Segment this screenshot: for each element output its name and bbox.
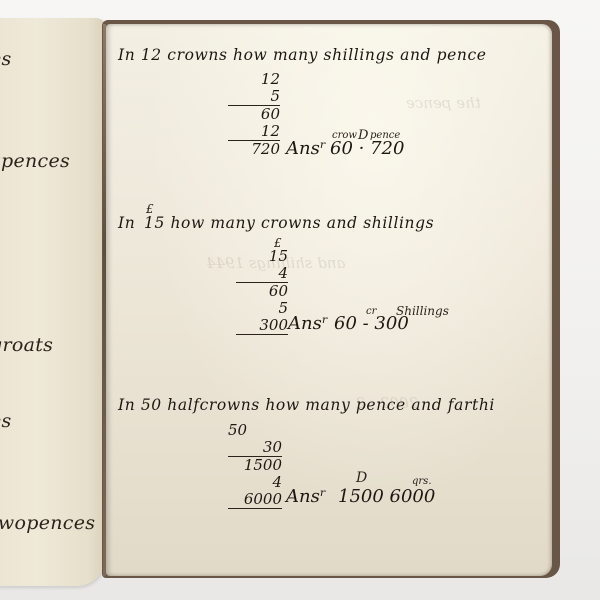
answer-unit: D	[356, 470, 367, 486]
right-page: the pence and shillings 1944 2002 - 2 In…	[106, 24, 552, 576]
left-page-line: es	[0, 410, 12, 432]
left-page-line: es	[0, 48, 12, 70]
working-value: 30	[228, 439, 282, 456]
working-column: 15 4 60 5 300	[236, 248, 288, 335]
working-column: 12 5 60 12 720	[228, 71, 280, 158]
answer-unit: Shillings	[396, 304, 449, 318]
photo-scene: es xpences groats es twopences the pence…	[0, 0, 600, 600]
book-gutter	[103, 24, 106, 576]
working-value: 15	[236, 248, 288, 265]
answer-values: 1500 6000	[338, 486, 435, 507]
answer-unit: qrs.	[412, 476, 432, 487]
working-column: 50 30 1500 4 6000	[228, 422, 282, 509]
answer-label: Ansʳ	[286, 138, 326, 159]
working-product: 1500	[228, 456, 282, 474]
answer-label: Ansʳ	[288, 313, 328, 334]
left-page-line: groats	[0, 334, 53, 356]
working-value: 4	[236, 265, 288, 282]
problem-question: 15 how many crowns and shillings	[144, 214, 434, 232]
working-result: 6000	[228, 491, 282, 509]
answer-unit: pence	[370, 130, 400, 141]
working-result: 300	[236, 317, 288, 335]
problem-question: In 50 halfcrowns how many pence and fart…	[118, 396, 495, 414]
answer-unit: D	[358, 128, 368, 143]
answer-label: Ansʳ	[286, 486, 326, 507]
left-page: es xpences groats es twopences	[0, 18, 106, 586]
left-page-line: twopences	[0, 512, 95, 534]
working-product: 60	[228, 105, 280, 123]
working-result: 720	[228, 140, 280, 158]
bleed-through-text: the pence	[406, 94, 481, 112]
working-value: 5	[228, 88, 280, 105]
working-product: 60	[236, 282, 288, 300]
answer-unit: crow	[332, 130, 357, 141]
answer-unit: cr	[366, 306, 376, 317]
problem-question-prefix: In	[118, 214, 135, 232]
working-value: 12	[228, 71, 280, 88]
problem-question: In 12 crowns how many shillings and penc…	[118, 46, 487, 64]
working-value: 50	[228, 422, 282, 439]
working-value: 12	[228, 123, 280, 140]
working-value: 5	[236, 300, 288, 317]
left-page-line: xpences	[0, 150, 70, 172]
working-value: 4	[228, 474, 282, 491]
